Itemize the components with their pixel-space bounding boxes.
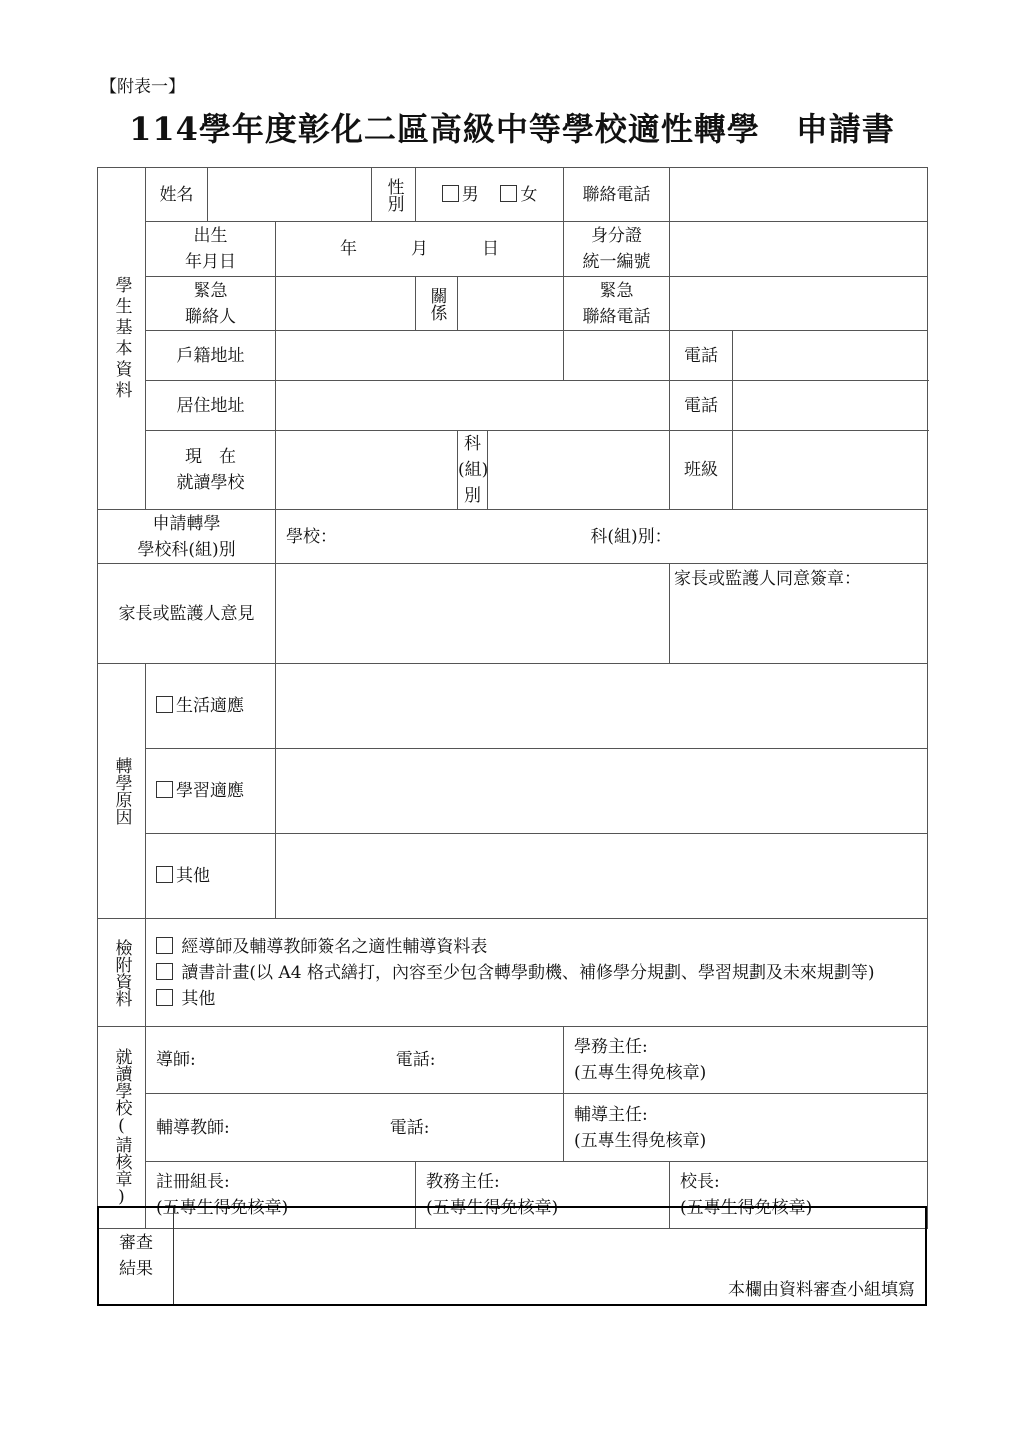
household-address-label: 戶籍地址 <box>146 331 276 381</box>
apply-target-label: 申請轉學學校科(組)別 <box>98 510 276 564</box>
emergency-phone-label: 緊急聯絡電話 <box>564 277 670 331</box>
class-label: 班級 <box>670 431 733 510</box>
review-result-section: 審查結果 本欄由資料審查小組填寫 <box>97 1206 927 1306</box>
name-label: 姓名 <box>146 168 208 222</box>
gender-male-checkbox[interactable] <box>442 185 459 202</box>
reason-other-field[interactable] <box>276 834 928 919</box>
attachment-checkbox-3[interactable] <box>156 989 173 1006</box>
annex-label: 【附表一】 <box>100 72 185 97</box>
reason-other[interactable]: 其他 <box>146 834 276 919</box>
reason-life-checkbox[interactable] <box>156 696 173 713</box>
reason-learning-checkbox[interactable] <box>156 781 173 798</box>
reason-other-checkbox[interactable] <box>156 866 173 883</box>
household-phone-field[interactable] <box>733 331 928 381</box>
reasons-section-label: 轉學原因 <box>98 664 146 919</box>
reason-life-field[interactable] <box>276 664 928 749</box>
relation-label: 關係 <box>416 277 458 331</box>
attachment-item: 經導師及輔導教師簽名之適性輔導資料表 <box>156 934 925 960</box>
application-form: 學生基本資料 姓名 性別 男 女 聯絡電話 出生年月日 年 月 日 身分證統一編… <box>97 167 927 1229</box>
id-number-field[interactable] <box>670 222 928 277</box>
residence-phone-label: 電話 <box>670 381 733 431</box>
class-field[interactable] <box>733 431 928 510</box>
birth-label: 出生年月日 <box>146 222 276 277</box>
household-address-field[interactable] <box>276 331 564 381</box>
guardian-opinion-label: 家長或監護人意見 <box>98 564 276 664</box>
student-affairs-director-field[interactable]: 學務主任:(五專生得免核章) <box>564 1027 928 1094</box>
name-field[interactable] <box>208 168 372 222</box>
apply-school-label: 學校： <box>286 527 337 547</box>
review-result-field[interactable]: 本欄由資料審查小組填寫 <box>174 1208 925 1304</box>
household-phone-label: 電話 <box>670 331 733 381</box>
residence-phone-field[interactable] <box>733 381 928 431</box>
apply-dept-label: 科(組)別： <box>590 527 671 547</box>
page-title: 114學年度彰化二區高級中等學校適性轉學申請書 <box>0 104 1024 150</box>
current-dept-field[interactable] <box>488 431 670 510</box>
attachment-item: 讀書計畫(以 A4 格式繕打，內容至少包含轉學動機、補修學分規劃、學習規劃及未來… <box>156 960 925 986</box>
birth-date-field[interactable]: 年 月 日 <box>276 222 564 277</box>
gender-female-checkbox[interactable] <box>500 185 517 202</box>
current-dept-label: 科(組)別 <box>458 431 488 510</box>
emergency-contact-label: 緊急聯絡人 <box>146 277 276 331</box>
title-suffix: 申請書 <box>796 110 895 148</box>
attachments-section-label: 檢附資料 <box>98 919 146 1027</box>
attachment-checkbox-2[interactable] <box>156 963 173 980</box>
student-info-section-label: 學生基本資料 <box>98 168 146 510</box>
residence-address-label: 居住地址 <box>146 381 276 431</box>
gender-options: 男 女 <box>416 168 564 222</box>
current-school-field[interactable] <box>276 431 458 510</box>
apply-target-field[interactable]: 學校： 科(組)別： <box>276 510 928 564</box>
attachments-list: 經導師及輔導教師簽名之適性輔導資料表 讀書計畫(以 A4 格式繕打，內容至少包含… <box>146 919 928 1027</box>
emergency-phone-field[interactable] <box>670 277 928 331</box>
counselor-field[interactable]: 輔導教師:電話: <box>146 1094 564 1162</box>
gender-label: 性別 <box>372 168 416 222</box>
id-number-label: 身分證統一編號 <box>564 222 670 277</box>
reason-life-adaptation[interactable]: 生活適應 <box>146 664 276 749</box>
reason-learning-adaptation[interactable]: 學習適應 <box>146 749 276 834</box>
emergency-contact-field[interactable] <box>276 277 416 331</box>
contact-phone-field[interactable] <box>670 168 928 222</box>
review-result-label: 審查結果 <box>99 1208 174 1304</box>
guardian-signature-field[interactable]: 家長或監護人同意簽章： <box>670 564 928 664</box>
residence-address-field[interactable] <box>276 381 670 431</box>
current-school-label: 現 在就讀學校 <box>146 431 276 510</box>
school-approval-section-label: 就讀學校(請核章) <box>98 1027 146 1229</box>
homeroom-teacher-field[interactable]: 導師:電話: <box>146 1027 564 1094</box>
review-note: 本欄由資料審查小組填寫 <box>728 1275 915 1300</box>
contact-phone-label: 聯絡電話 <box>564 168 670 222</box>
reason-learning-field[interactable] <box>276 749 928 834</box>
guardian-opinion-field[interactable] <box>276 564 670 664</box>
counseling-director-field[interactable]: 輔導主任:(五專生得免核章) <box>564 1094 928 1162</box>
attachment-checkbox-1[interactable] <box>156 937 173 954</box>
attachment-item: 其他 <box>156 986 925 1012</box>
relation-field[interactable] <box>458 277 564 331</box>
